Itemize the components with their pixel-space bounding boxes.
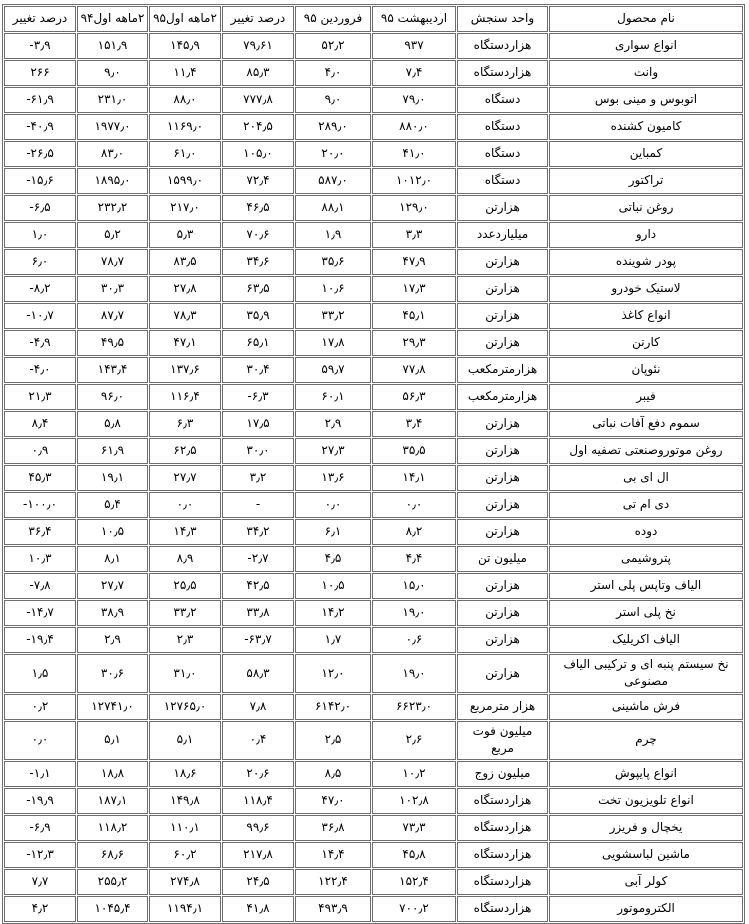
cell-first-2-months-95: ۲۷٫۸: [149, 276, 221, 302]
cell-farvardin-95: ۵۸۷٫۰: [295, 168, 371, 194]
cell-farvardin-95: ۰٫۰: [295, 492, 371, 518]
cell-percent-change-2-months: ۰٫۹: [4, 438, 76, 464]
cell-percent-change-month: ۱۰۵٫۰: [222, 141, 294, 167]
cell-ordibehesht-95: ۱۷٫۳: [372, 276, 456, 302]
cell-farvardin-95: ۱٫۷: [295, 627, 371, 653]
cell-first-2-months-94: ۳۸٫۹: [77, 600, 148, 626]
header-first-2-months-95: ۲ماهه اول۹۵: [149, 6, 221, 32]
cell-first-2-months-94: ۸۳٫۰: [77, 141, 148, 167]
cell-ordibehesht-95: ۱۹٫۰: [372, 654, 456, 693]
cell-first-2-months-95: ۴۷٫۱: [149, 330, 221, 356]
cell-percent-change-2-months: ۰٫۰: [4, 721, 76, 760]
cell-farvardin-95: ۵۹٫۷: [295, 357, 371, 383]
cell-farvardin-95: ۱۴٫۲: [295, 600, 371, 626]
cell-ordibehesht-95: ۰٫۰: [372, 492, 456, 518]
cell-ordibehesht-95: ۴٫۴: [372, 546, 456, 572]
cell-ordibehesht-95: ۹۳۷: [372, 33, 456, 59]
cell-first-2-months-95: ۱۱٫۴: [149, 60, 221, 86]
cell-percent-change-month: ۳٫۲: [222, 465, 294, 491]
table-row: پتروشیمیمیلیون تن۴٫۴۴٫۵-۲٫۷۸٫۹۸٫۱۱۰٫۳: [4, 546, 743, 572]
table-row: فرش ماشینیهزار مترمربع۶۶۲۳٫۰۶۱۴۲٫۰۷٫۸۱۲۷…: [4, 694, 743, 720]
cell-first-2-months-94: ۱۹٫۱: [77, 465, 148, 491]
cell-ordibehesht-95: ۱۰۱۲٫۰: [372, 168, 456, 194]
cell-measurement-unit: دستگاه: [457, 114, 548, 140]
cell-ordibehesht-95: ۶۶۲۳٫۰: [372, 694, 456, 720]
cell-product-name: انواع تلویزیون تخت: [549, 788, 743, 814]
cell-percent-change-2-months: -۶٫۹: [4, 815, 76, 841]
cell-measurement-unit: هزاردستگاه: [457, 842, 548, 868]
table-header: نام محصول واحد سنجش اردیبهشت ۹۵ فروردین …: [4, 6, 743, 32]
cell-farvardin-95: ۶٫۱: [295, 519, 371, 545]
cell-measurement-unit: هزارتن: [457, 573, 548, 599]
cell-measurement-unit: هزارتن: [457, 303, 548, 329]
cell-product-name: چرم: [549, 721, 743, 760]
cell-measurement-unit: هزاردستگاه: [457, 896, 548, 922]
cell-product-name: الیاف اکریلیک: [549, 627, 743, 653]
table-row: اتوبوس و مینی بوسدستگاه۷۹٫۰۹٫۰۷۷۷٫۸۸۸٫۰۲…: [4, 87, 743, 113]
cell-measurement-unit: هزارتن: [457, 249, 548, 275]
table-row: وانتهزاردستگاه۷٫۴۴٫۰۸۵٫۳۱۱٫۴۹٫۰۲۶۶: [4, 60, 743, 86]
cell-farvardin-95: ۱۷٫۸: [295, 330, 371, 356]
cell-percent-change-month: ۳۰٫۰: [222, 438, 294, 464]
cell-percent-change-month: ۰٫۴: [222, 721, 294, 760]
cell-product-name: انواع پایپوش: [549, 761, 743, 787]
cell-product-name: پودر شوینده: [549, 249, 743, 275]
cell-percent-change-month: ۴۲٫۵: [222, 573, 294, 599]
cell-product-name: سموم دفع آفات نباتی: [549, 411, 743, 437]
table-row: کولر آبیهزاردستگاه۱۵۲٫۴۱۲۲٫۴۲۴٫۵۲۷۴٫۸۲۵۵…: [4, 869, 743, 895]
cell-measurement-unit: هزارمترمکعب: [457, 384, 548, 410]
table-row: کارتنهزارتن۲۹٫۳۱۷٫۸۶۵٫۱۴۷٫۱۴۹٫۵-۴٫۹: [4, 330, 743, 356]
cell-product-name: پتروشیمی: [549, 546, 743, 572]
cell-product-name: نخ سیستم پنبه ای و ترکیبی الیاف مصنوعی: [549, 654, 743, 693]
cell-measurement-unit: هزارتن: [457, 411, 548, 437]
cell-percent-change-2-months: -۴٫۹: [4, 330, 76, 356]
cell-first-2-months-95: ۱۱۹۴٫۱: [149, 896, 221, 922]
cell-first-2-months-94: ۲۳۱٫۰: [77, 87, 148, 113]
cell-percent-change-month: ۷۹٫۶۱: [222, 33, 294, 59]
cell-measurement-unit: میلیاردعدد: [457, 222, 548, 248]
cell-percent-change-month: -۶٫۳: [222, 384, 294, 410]
cell-farvardin-95: ۲۸۹٫۰: [295, 114, 371, 140]
cell-ordibehesht-95: ۲۹٫۳: [372, 330, 456, 356]
cell-measurement-unit: هزاردستگاه: [457, 815, 548, 841]
table-body: انواع سواریهزاردستگاه۹۳۷۵۲٫۲۷۹٫۶۱۱۴۵٫۹۱۵…: [4, 33, 743, 922]
cell-percent-change-month: ۷۷۷٫۸: [222, 87, 294, 113]
cell-product-name: کولر آبی: [549, 869, 743, 895]
cell-measurement-unit: هزاردستگاه: [457, 788, 548, 814]
cell-first-2-months-94: ۸۷٫۷: [77, 303, 148, 329]
header-product-name: نام محصول: [549, 6, 743, 32]
cell-percent-change-month: ۷۲٫۴: [222, 168, 294, 194]
cell-first-2-months-94: ۱۵۱٫۹: [77, 33, 148, 59]
cell-farvardin-95: ۱۴٫۴: [295, 842, 371, 868]
cell-measurement-unit: هزاردستگاه: [457, 60, 548, 86]
cell-percent-change-2-months: ۲۱٫۳: [4, 384, 76, 410]
cell-percent-change-2-months: -۴٫۰: [4, 357, 76, 383]
cell-first-2-months-94: ۳۰٫۶: [77, 654, 148, 693]
cell-measurement-unit: هزارتن: [457, 600, 548, 626]
cell-ordibehesht-95: ۷٫۴: [372, 60, 456, 86]
cell-first-2-months-95: ۶۱٫۰: [149, 141, 221, 167]
cell-percent-change-month: ۲۴٫۵: [222, 869, 294, 895]
cell-first-2-months-95: ۱۸٫۶: [149, 761, 221, 787]
cell-measurement-unit: هزارتن: [457, 519, 548, 545]
cell-farvardin-95: ۲۷٫۳: [295, 438, 371, 464]
cell-ordibehesht-95: ۸۸۰٫۰: [372, 114, 456, 140]
cell-ordibehesht-95: ۳٫۳: [372, 222, 456, 248]
cell-first-2-months-95: ۲۱۷٫۰: [149, 195, 221, 221]
cell-first-2-months-95: ۸۸٫۰: [149, 87, 221, 113]
cell-percent-change-2-months: ۶٫۰: [4, 249, 76, 275]
cell-farvardin-95: ۳۶٫۸: [295, 815, 371, 841]
cell-percent-change-2-months: -۲۶٫۵: [4, 141, 76, 167]
cell-first-2-months-94: ۹۶٫۰: [77, 384, 148, 410]
cell-first-2-months-94: ۱۹۷۷٫۰: [77, 114, 148, 140]
cell-percent-change-month: ۷٫۸: [222, 694, 294, 720]
cell-first-2-months-94: ۷۸٫۷: [77, 249, 148, 275]
table-row: انواع کاغذهزارتن۴۵٫۱۳۳٫۲۳۵٫۹۷۸٫۳۸۷٫۷-۱۰٫…: [4, 303, 743, 329]
cell-first-2-months-94: ۱۸۷٫۱: [77, 788, 148, 814]
cell-farvardin-95: ۱٫۹: [295, 222, 371, 248]
cell-ordibehesht-95: ۱۴٫۱: [372, 465, 456, 491]
cell-first-2-months-94: ۲٫۹: [77, 627, 148, 653]
cell-product-name: انواع کاغذ: [549, 303, 743, 329]
cell-percent-change-2-months: -۱٫۱: [4, 761, 76, 787]
cell-ordibehesht-95: ۱۰٫۲: [372, 761, 456, 787]
cell-ordibehesht-95: ۱۵۲٫۴: [372, 869, 456, 895]
table-row: انواع تلویزیون تختهزاردستگاه۱۰۲٫۸۴۷٫۰۱۱۸…: [4, 788, 743, 814]
cell-first-2-months-94: ۵٫۱: [77, 721, 148, 760]
cell-product-name: یخچال و فریزر: [549, 815, 743, 841]
cell-farvardin-95: ۹٫۰: [295, 87, 371, 113]
cell-percent-change-2-months: -۳٫۹: [4, 33, 76, 59]
cell-product-name: انواع سواری: [549, 33, 743, 59]
document-page: نام محصول واحد سنجش اردیبهشت ۹۵ فروردین …: [0, 0, 749, 822]
cell-first-2-months-94: ۵٫۴: [77, 492, 148, 518]
cell-measurement-unit: هزاردستگاه: [457, 33, 548, 59]
cell-farvardin-95: ۵۲٫۲: [295, 33, 371, 59]
cell-percent-change-2-months: -۱۹٫۴: [4, 627, 76, 653]
cell-first-2-months-95: ۱۱۶٫۴: [149, 384, 221, 410]
table-row: پودر شویندههزارتن۴۷٫۹۳۵٫۶۳۴٫۶۸۳٫۵۷۸٫۷۶٫۰: [4, 249, 743, 275]
cell-first-2-months-95: ۶۰٫۲: [149, 842, 221, 868]
cell-farvardin-95: ۴٫۵: [295, 546, 371, 572]
cell-percent-change-month: ۷۰٫۶: [222, 222, 294, 248]
cell-farvardin-95: ۲۰٫۰: [295, 141, 371, 167]
cell-first-2-months-94: ۳۰٫۳: [77, 276, 148, 302]
cell-farvardin-95: ۱۰٫۶: [295, 276, 371, 302]
cell-product-name: الکتروموتور: [549, 896, 743, 922]
cell-measurement-unit: هزارتن: [457, 276, 548, 302]
cell-ordibehesht-95: ۸٫۲: [372, 519, 456, 545]
table-row: لاستیک خودروهزارتن۱۷٫۳۱۰٫۶۶۳٫۵۲۷٫۸۳۰٫۳-۸…: [4, 276, 743, 302]
cell-measurement-unit: هزارتن: [457, 654, 548, 693]
cell-ordibehesht-95: ۷۹٫۰: [372, 87, 456, 113]
table-row: دی ام تیهزارتن۰٫۰۰٫۰-۰٫۰۵٫۴-۱۰۰٫۰: [4, 492, 743, 518]
table-row: تراکتوردستگاه۱۰۱۲٫۰۵۸۷٫۰۷۲٫۴۱۵۹۹٫۰۱۸۹۵٫۰…: [4, 168, 743, 194]
table-row: الیاف اکریلیکهزارتن۰٫۶۱٫۷-۶۳٫۷۲٫۳۲٫۹-۱۹٫…: [4, 627, 743, 653]
cell-product-name: کمباین: [549, 141, 743, 167]
cell-ordibehesht-95: ۴۷٫۹: [372, 249, 456, 275]
cell-measurement-unit: دستگاه: [457, 168, 548, 194]
cell-product-name: کارتن: [549, 330, 743, 356]
cell-farvardin-95: ۳۳٫۲: [295, 303, 371, 329]
cell-first-2-months-94: ۸٫۱: [77, 546, 148, 572]
table-row: ال ای بیهزارتن۱۴٫۱۱۳٫۶۳٫۲۲۷٫۷۱۹٫۱۴۵٫۳: [4, 465, 743, 491]
cell-measurement-unit: میلیون فوت مربع: [457, 721, 548, 760]
cell-measurement-unit: هزارتن: [457, 465, 548, 491]
cell-first-2-months-94: ۱۰٫۵: [77, 519, 148, 545]
cell-ordibehesht-95: ۲٫۶: [372, 721, 456, 760]
cell-percent-change-2-months: ۲۶۶: [4, 60, 76, 86]
cell-measurement-unit: هزارتن: [457, 195, 548, 221]
cell-percent-change-2-months: -۱۰٫۷: [4, 303, 76, 329]
cell-product-name: دوده: [549, 519, 743, 545]
cell-farvardin-95: ۲٫۵: [295, 721, 371, 760]
cell-product-name: لاستیک خودرو: [549, 276, 743, 302]
cell-percent-change-month: ۴۱٫۸: [222, 896, 294, 922]
table-row: نخ سیستم پنبه ای و ترکیبی الیاف مصنوعیهز…: [4, 654, 743, 693]
cell-product-name: ماشین لباسشویی: [549, 842, 743, 868]
cell-product-name: تراکتور: [549, 168, 743, 194]
cell-ordibehesht-95: ۵۶٫۳: [372, 384, 456, 410]
cell-ordibehesht-95: ۴۵٫۸: [372, 842, 456, 868]
cell-product-name: کامیون کشنده: [549, 114, 743, 140]
cell-farvardin-95: ۱۰٫۵: [295, 573, 371, 599]
header-row: نام محصول واحد سنجش اردیبهشت ۹۵ فروردین …: [4, 6, 743, 32]
cell-farvardin-95: ۴٫۰: [295, 60, 371, 86]
cell-farvardin-95: ۲٫۹: [295, 411, 371, 437]
cell-percent-change-month: ۱۱۸٫۴: [222, 788, 294, 814]
cell-measurement-unit: دستگاه: [457, 87, 548, 113]
cell-first-2-months-94: ۵٫۸: [77, 411, 148, 437]
cell-percent-change-month: ۹۹٫۶: [222, 815, 294, 841]
cell-first-2-months-95: ۷۸٫۳: [149, 303, 221, 329]
cell-percent-change-2-months: ۳۶٫۴: [4, 519, 76, 545]
cell-percent-change-month: ۳۰٫۴: [222, 357, 294, 383]
cell-first-2-months-95: ۲۷۴٫۸: [149, 869, 221, 895]
cell-percent-change-month: ۴۶٫۵: [222, 195, 294, 221]
cell-percent-change-month: ۳۳٫۸: [222, 600, 294, 626]
cell-first-2-months-94: ۱۲۷۴۱٫۰: [77, 694, 148, 720]
header-first-2-months-94: ۲ماهه اول۹۴: [77, 6, 148, 32]
cell-farvardin-95: ۶۱۴۲٫۰: [295, 694, 371, 720]
cell-product-name: وانت: [549, 60, 743, 86]
header-measurement-unit: واحد سنجش: [457, 6, 548, 32]
cell-percent-change-2-months: -۶۱٫۹: [4, 87, 76, 113]
table-row: انواع سواریهزاردستگاه۹۳۷۵۲٫۲۷۹٫۶۱۱۴۵٫۹۱۵…: [4, 33, 743, 59]
cell-first-2-months-95: ۳۱٫۰: [149, 654, 221, 693]
cell-percent-change-month: -۲٫۷: [222, 546, 294, 572]
cell-first-2-months-94: ۱۴۳٫۴: [77, 357, 148, 383]
header-percent-change-2-months: درصد تغییر: [4, 6, 76, 32]
cell-percent-change-2-months: -۱۲٫۳: [4, 842, 76, 868]
cell-first-2-months-95: ۱۴۵٫۹: [149, 33, 221, 59]
cell-ordibehesht-95: ۷۷٫۸: [372, 357, 456, 383]
cell-percent-change-month: ۲۰۴٫۵: [222, 114, 294, 140]
cell-ordibehesht-95: ۳٫۴: [372, 411, 456, 437]
cell-farvardin-95: ۳۵٫۶: [295, 249, 371, 275]
table-row: الکتروموتورهزاردستگاه۷۰۰٫۲۴۹۳٫۹۴۱٫۸۱۱۹۴٫…: [4, 896, 743, 922]
cell-percent-change-2-months: ۴٫۲: [4, 896, 76, 922]
cell-first-2-months-95: ۲۵٫۵: [149, 573, 221, 599]
cell-first-2-months-94: ۵٫۲: [77, 222, 148, 248]
table-row: دارومیلیاردعدد۳٫۳۱٫۹۷۰٫۶۵٫۳۵٫۲۱٫۰: [4, 222, 743, 248]
cell-first-2-months-95: ۰٫۰: [149, 492, 221, 518]
cell-percent-change-2-months: ۰٫۲: [4, 694, 76, 720]
table-row: کامیون کشندهدستگاه۸۸۰٫۰۲۸۹٫۰۲۰۴٫۵۱۱۶۹٫۰۱…: [4, 114, 743, 140]
table-row: فیبرهزارمترمکعب۵۶٫۳۶۰٫۱-۶٫۳۱۱۶٫۴۹۶٫۰۲۱٫۳: [4, 384, 743, 410]
cell-measurement-unit: هزارتن: [457, 438, 548, 464]
table-row: نئوپانهزارمترمکعب۷۷٫۸۵۹٫۷۳۰٫۴۱۳۷٫۶۱۴۳٫۴-…: [4, 357, 743, 383]
cell-percent-change-2-months: -۱۴٫۷: [4, 600, 76, 626]
cell-percent-change-2-months: -۸٫۲: [4, 276, 76, 302]
cell-percent-change-month: ۲۱۷٫۸: [222, 842, 294, 868]
cell-ordibehesht-95: ۱۹٫۰: [372, 600, 456, 626]
cell-percent-change-2-months: ۱٫۵: [4, 654, 76, 693]
cell-percent-change-month: ۳۴٫۲: [222, 519, 294, 545]
header-percent-change-month: درصد تغییر: [222, 6, 294, 32]
cell-percent-change-month: -۶۳٫۷: [222, 627, 294, 653]
cell-percent-change-month: ۳۴٫۶: [222, 249, 294, 275]
cell-first-2-months-94: ۶۸٫۶: [77, 842, 148, 868]
cell-measurement-unit: هزاردستگاه: [457, 869, 548, 895]
cell-product-name: ال ای بی: [549, 465, 743, 491]
cell-ordibehesht-95: ۳۵٫۵: [372, 438, 456, 464]
cell-product-name: روغن نباتی: [549, 195, 743, 221]
cell-measurement-unit: هزار مترمربع: [457, 694, 548, 720]
cell-ordibehesht-95: ۱۲۹٫۰: [372, 195, 456, 221]
cell-first-2-months-94: ۱۸٫۸: [77, 761, 148, 787]
cell-percent-change-2-months: ۱٫۰: [4, 222, 76, 248]
table-row: چرممیلیون فوت مربع۲٫۶۲٫۵۰٫۴۵٫۱۵٫۱۰٫۰: [4, 721, 743, 760]
cell-farvardin-95: ۸۸٫۱: [295, 195, 371, 221]
cell-first-2-months-95: ۲۷٫۷: [149, 465, 221, 491]
cell-first-2-months-95: ۱۴۹٫۸: [149, 788, 221, 814]
cell-farvardin-95: ۱۳٫۶: [295, 465, 371, 491]
cell-ordibehesht-95: ۷۰۰٫۲: [372, 896, 456, 922]
cell-percent-change-2-months: -۱۹٫۹: [4, 788, 76, 814]
cell-percent-change-month: ۲۰٫۶: [222, 761, 294, 787]
cell-first-2-months-95: ۱۳۷٫۶: [149, 357, 221, 383]
cell-product-name: روغن موتوروصنعتی تصفیه اول: [549, 438, 743, 464]
cell-ordibehesht-95: ۰٫۶: [372, 627, 456, 653]
cell-farvardin-95: ۸٫۵: [295, 761, 371, 787]
cell-measurement-unit: هزارتن: [457, 330, 548, 356]
cell-first-2-months-95: ۵٫۳: [149, 222, 221, 248]
table-row: الیاف وتاپس پلی استرهزارتن۱۵٫۰۱۰٫۵۴۲٫۵۲۵…: [4, 573, 743, 599]
cell-percent-change-month: ۶۳٫۵: [222, 276, 294, 302]
cell-percent-change-2-months: -۴۰٫۹: [4, 114, 76, 140]
cell-ordibehesht-95: ۷۳٫۳: [372, 815, 456, 841]
cell-product-name: فیبر: [549, 384, 743, 410]
cell-percent-change-2-months: ۱۰٫۳: [4, 546, 76, 572]
cell-percent-change-2-months: -۱۵٫۶: [4, 168, 76, 194]
cell-product-name: نئوپان: [549, 357, 743, 383]
cell-percent-change-2-months: ۷٫۷: [4, 869, 76, 895]
cell-farvardin-95: ۱۲٫۰: [295, 654, 371, 693]
cell-first-2-months-94: ۶۱٫۹: [77, 438, 148, 464]
cell-measurement-unit: هزارمترمکعب: [457, 357, 548, 383]
cell-first-2-months-94: ۱۸۹۵٫۰: [77, 168, 148, 194]
cell-percent-change-month: ۸۵٫۳: [222, 60, 294, 86]
cell-product-name: دارو: [549, 222, 743, 248]
table-row: دودههزارتن۸٫۲۶٫۱۳۴٫۲۱۴٫۳۱۰٫۵۳۶٫۴: [4, 519, 743, 545]
cell-ordibehesht-95: ۱۵٫۰: [372, 573, 456, 599]
cell-first-2-months-95: ۶٫۳: [149, 411, 221, 437]
cell-measurement-unit: هزارتن: [457, 627, 548, 653]
cell-first-2-months-95: ۸۳٫۵: [149, 249, 221, 275]
cell-farvardin-95: ۶۰٫۱: [295, 384, 371, 410]
cell-first-2-months-94: ۲۳۲٫۲: [77, 195, 148, 221]
table-row: ماشین لباسشوییهزاردستگاه۴۵٫۸۱۴٫۴۲۱۷٫۸۶۰٫…: [4, 842, 743, 868]
cell-first-2-months-95: ۱۱۰٫۱: [149, 815, 221, 841]
table-row: یخچال و فریزرهزاردستگاه۷۳٫۳۳۶٫۸۹۹٫۶۱۱۰٫۱…: [4, 815, 743, 841]
header-ordibehesht-95: اردیبهشت ۹۵: [372, 6, 456, 32]
cell-product-name: نخ پلی استر: [549, 600, 743, 626]
table-row: روغن موتوروصنعتی تصفیه اولهزارتن۳۵٫۵۲۷٫۳…: [4, 438, 743, 464]
cell-first-2-months-94: ۱۰۴۵٫۴: [77, 896, 148, 922]
cell-farvardin-95: ۱۲۲٫۴: [295, 869, 371, 895]
cell-product-name: دی ام تی: [549, 492, 743, 518]
cell-percent-change-2-months: -۱۰۰٫۰: [4, 492, 76, 518]
cell-percent-change-month: ۱۷٫۵: [222, 411, 294, 437]
cell-measurement-unit: دستگاه: [457, 141, 548, 167]
cell-first-2-months-95: ۳۳٫۲: [149, 600, 221, 626]
cell-first-2-months-95: ۶۲٫۵: [149, 438, 221, 464]
header-farvardin-95: فروردین ۹۵: [295, 6, 371, 32]
cell-first-2-months-95: ۱۱۶۹٫۰: [149, 114, 221, 140]
table-row: انواع پایپوشمیلیون زوج۱۰٫۲۸٫۵۲۰٫۶۱۸٫۶۱۸٫…: [4, 761, 743, 787]
cell-first-2-months-95: ۲٫۳: [149, 627, 221, 653]
cell-product-name: فرش ماشینی: [549, 694, 743, 720]
cell-first-2-months-95: ۵٫۱: [149, 721, 221, 760]
cell-farvardin-95: ۴۹۳٫۹: [295, 896, 371, 922]
cell-product-name: اتوبوس و مینی بوس: [549, 87, 743, 113]
cell-first-2-months-95: ۸٫۹: [149, 546, 221, 572]
cell-measurement-unit: میلیون تن: [457, 546, 548, 572]
cell-first-2-months-94: ۲۵۵٫۲: [77, 869, 148, 895]
cell-first-2-months-95: ۱۴٫۳: [149, 519, 221, 545]
cell-percent-change-month: -: [222, 492, 294, 518]
cell-percent-change-2-months: ۴۵٫۳: [4, 465, 76, 491]
cell-ordibehesht-95: ۱۰۲٫۸: [372, 788, 456, 814]
cell-percent-change-month: ۳۵٫۹: [222, 303, 294, 329]
production-statistics-table: نام محصول واحد سنجش اردیبهشت ۹۵ فروردین …: [2, 4, 745, 924]
cell-percent-change-2-months: ۸٫۴: [4, 411, 76, 437]
table-row: روغن نباتیهزارتن۱۲۹٫۰۸۸٫۱۴۶٫۵۲۱۷٫۰۲۳۲٫۲-…: [4, 195, 743, 221]
cell-percent-change-month: ۵۸٫۳: [222, 654, 294, 693]
cell-farvardin-95: ۴۷٫۰: [295, 788, 371, 814]
cell-first-2-months-95: ۱۲۷۶۵٫۰: [149, 694, 221, 720]
cell-first-2-months-94: ۲۷٫۷: [77, 573, 148, 599]
cell-first-2-months-94: ۱۱۸٫۲: [77, 815, 148, 841]
table-row: نخ پلی استرهزارتن۱۹٫۰۱۴٫۲۳۳٫۸۳۳٫۲۳۸٫۹-۱۴…: [4, 600, 743, 626]
cell-first-2-months-94: ۴۹٫۵: [77, 330, 148, 356]
cell-measurement-unit: میلیون زوج: [457, 761, 548, 787]
cell-ordibehesht-95: ۴۵٫۱: [372, 303, 456, 329]
cell-measurement-unit: هزارتن: [457, 492, 548, 518]
cell-first-2-months-95: ۱۵۹۹٫۰: [149, 168, 221, 194]
cell-percent-change-month: ۶۵٫۱: [222, 330, 294, 356]
cell-percent-change-2-months: -۷٫۸: [4, 573, 76, 599]
table-row: سموم دفع آفات نباتیهزارتن۳٫۴۲٫۹۱۷٫۵۶٫۳۵٫…: [4, 411, 743, 437]
table-row: کمبایندستگاه۴۱٫۰۲۰٫۰۱۰۵٫۰۶۱٫۰۸۳٫۰-۲۶٫۵: [4, 141, 743, 167]
cell-product-name: الیاف وتاپس پلی استر: [549, 573, 743, 599]
cell-percent-change-2-months: -۶٫۵: [4, 195, 76, 221]
cell-ordibehesht-95: ۴۱٫۰: [372, 141, 456, 167]
